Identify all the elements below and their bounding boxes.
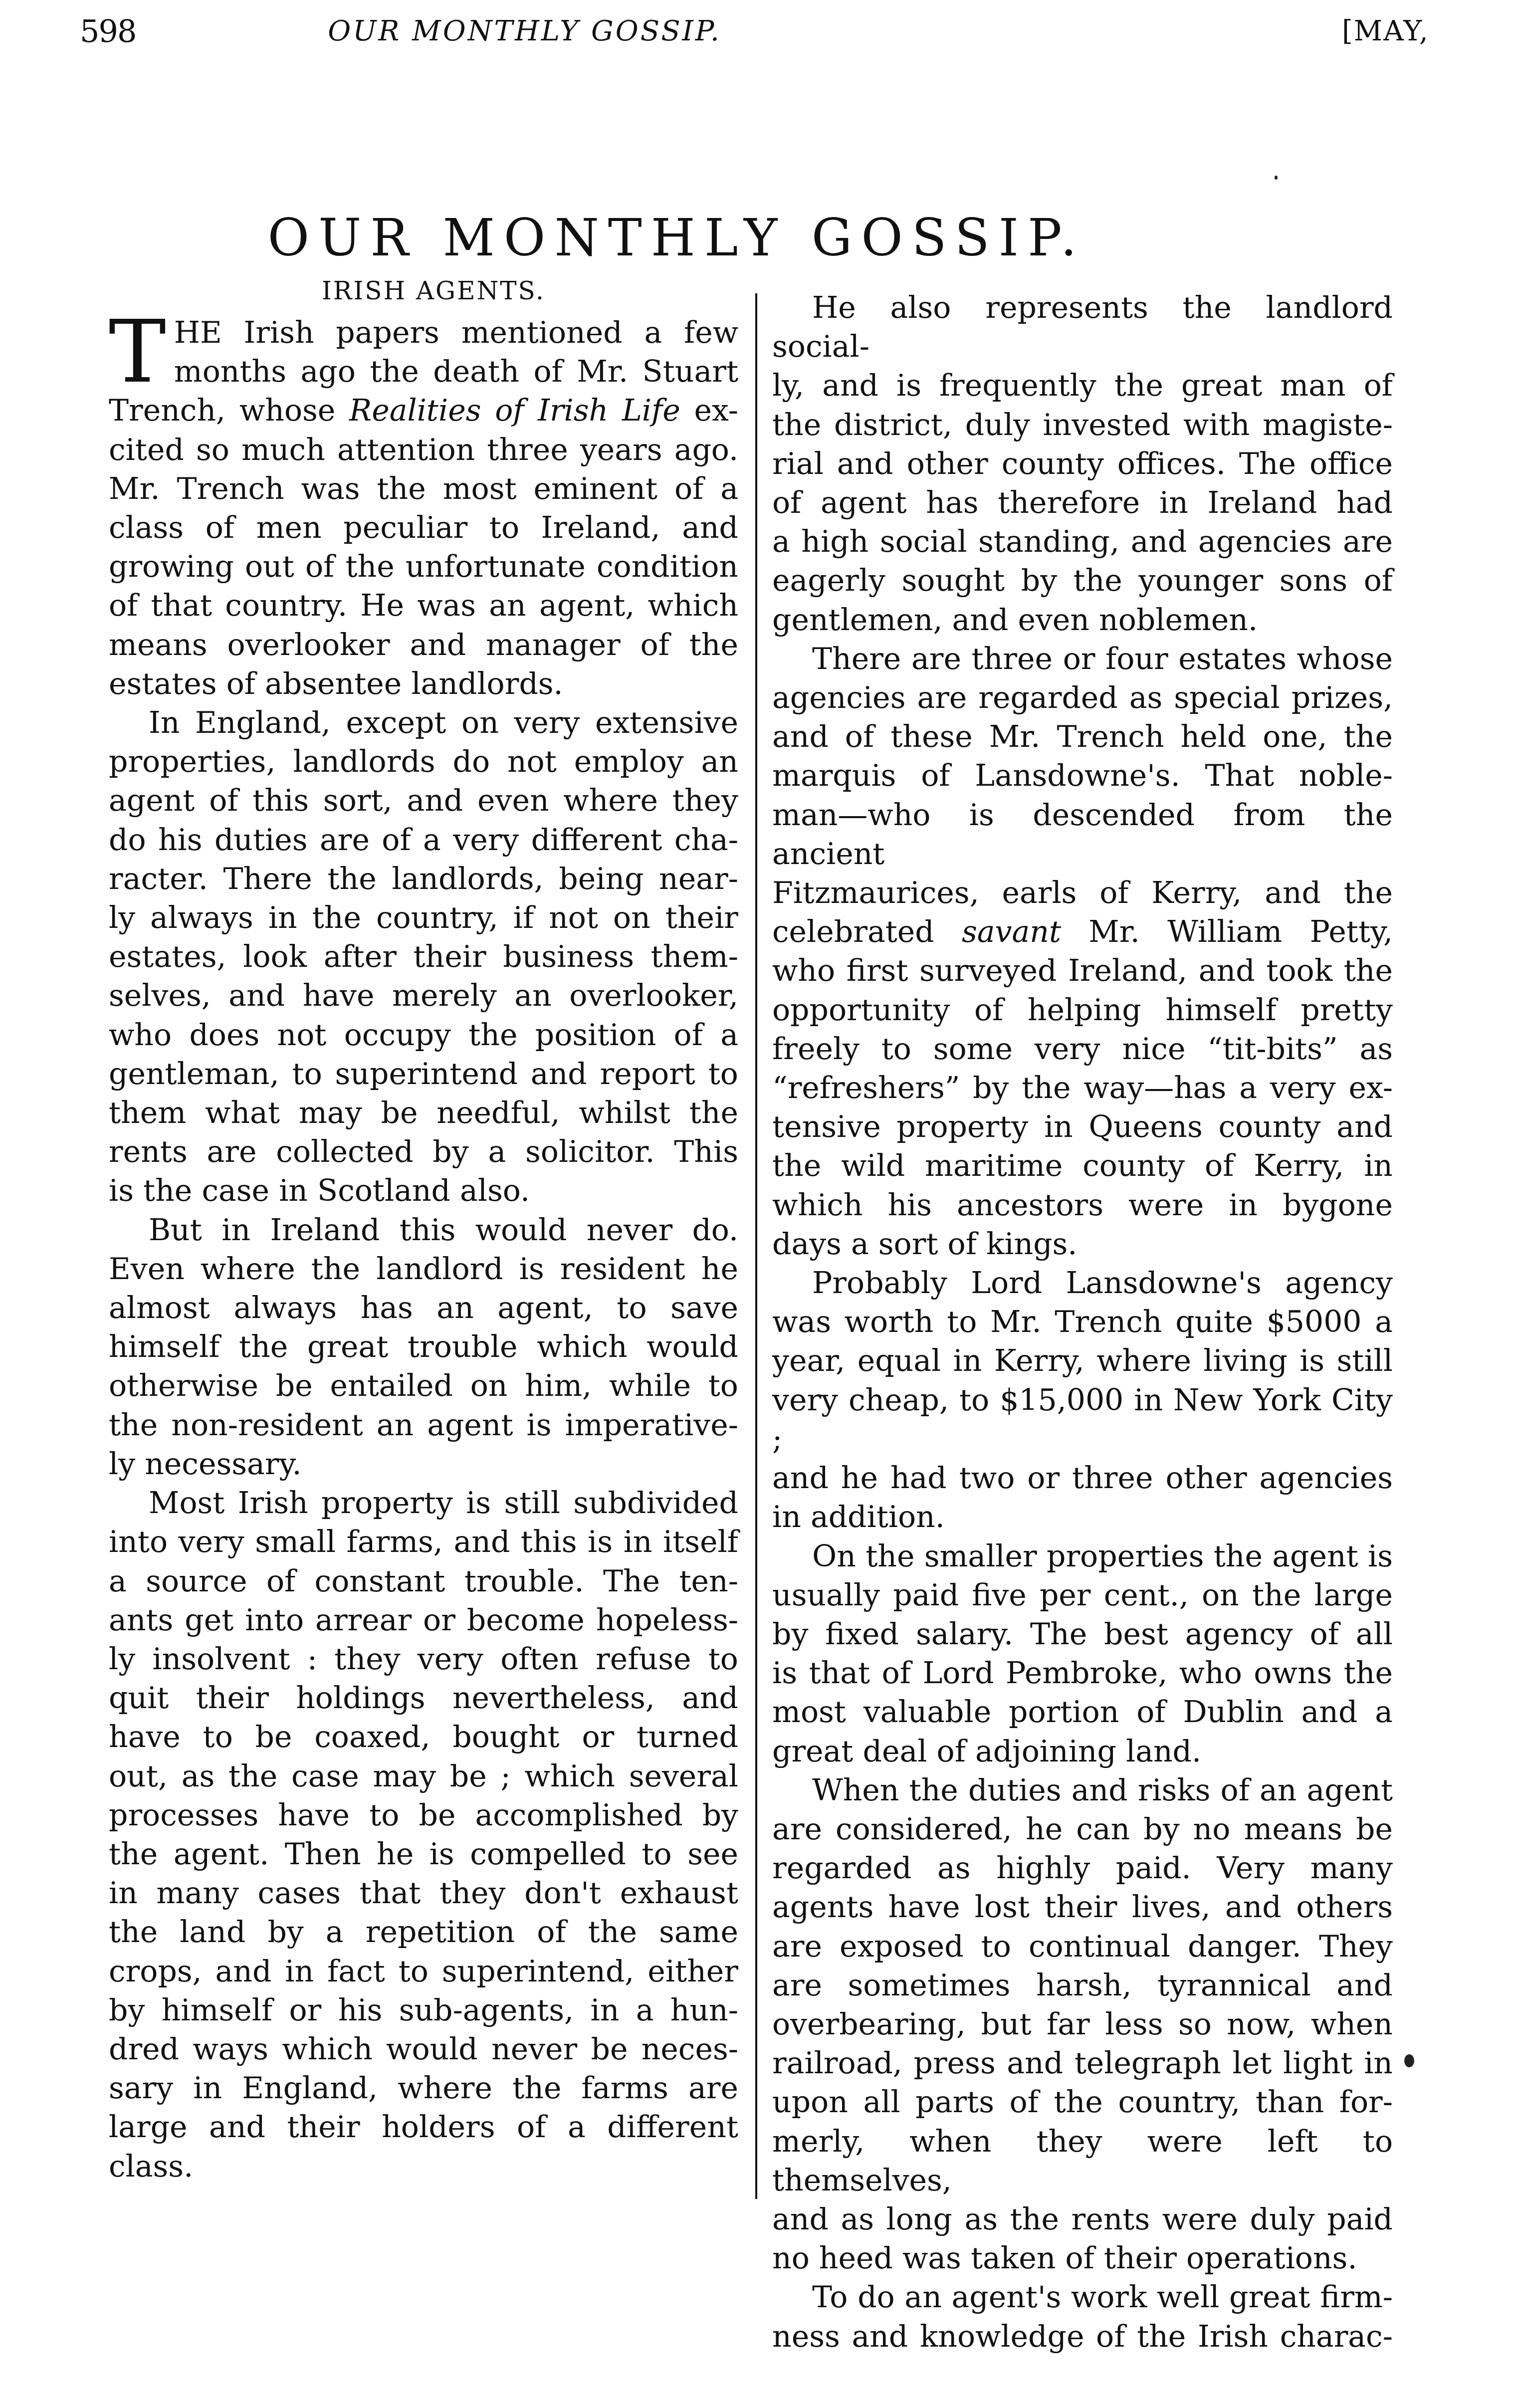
text-line: ly, and is frequently the great man of — [772, 366, 1393, 405]
text-line: in addition. — [772, 1498, 1393, 1536]
text-line: opportunity of helping himself pretty — [772, 991, 1393, 1030]
text-line: selves, and have merely an overlooker, — [109, 976, 738, 1015]
text-line: Fitzmaurices, earls of Kerry, and the — [772, 874, 1393, 912]
text-line: estates, look after their business them- — [109, 937, 738, 976]
text-line: freely to some very nice “tit-bits” as — [772, 1030, 1393, 1069]
text-line: ants get into arrear or become hopeless- — [109, 1601, 738, 1640]
text-line: agent of this sort, and even where they — [109, 781, 738, 820]
text-line: On the smaller properties the agent is — [772, 1537, 1393, 1576]
ink-speck — [1275, 176, 1278, 180]
text-line: Trench, whose Realities of Irish Life ex… — [109, 391, 738, 430]
text-line: is the case in Scotland also. — [109, 1171, 738, 1210]
text-line: overbearing, but far less so now, when — [772, 2005, 1393, 2044]
text-line: do his duties are of a very different ch… — [109, 821, 738, 860]
running-header: 598 OUR MONTHLY GOSSIP. [MAY, — [0, 9, 1518, 54]
paragraph: In England, except on very extensiveprop… — [109, 703, 738, 1211]
text-line: rial and other county offices. The offic… — [772, 444, 1393, 483]
right-column-body: He also represents the landlord social-l… — [772, 288, 1393, 2356]
text-line: merly, when they were left to themselves… — [772, 2122, 1393, 2200]
paragraph: But in Ireland this would never do.Even … — [109, 1211, 738, 1484]
text-line: a source of constant trouble. The ten- — [109, 1562, 738, 1601]
left-column: IRISH AGENTS. THE Irish papers mentioned… — [109, 273, 738, 2186]
text-line: estates of absentee landlords. — [109, 664, 738, 703]
text-line: ly necessary. — [109, 1445, 738, 1484]
text-line: rents are collected by a solicitor. This — [109, 1132, 738, 1171]
text-line: agents have lost their lives, and others — [772, 1888, 1393, 1927]
text-line: Even where the landlord is resident he — [109, 1250, 738, 1289]
paragraph: There are three or four estates whoseage… — [772, 640, 1393, 1264]
article-title: OUR MONTHLY GOSSIP. — [0, 209, 1436, 268]
paragraph: Probably Lord Lansdowne's agencywas wort… — [772, 1264, 1393, 1536]
text-line: railroad, press and telegraph let light … — [772, 2044, 1393, 2083]
drop-cap: T — [109, 316, 166, 387]
text-line: was worth to Mr. Trench quite $5000 a — [772, 1303, 1393, 1341]
text-line: which his ancestors were in bygone — [772, 1186, 1393, 1225]
text-line: usually paid five per cent., on the larg… — [772, 1576, 1393, 1615]
text-line: upon all parts of the country, than for- — [772, 2083, 1393, 2122]
text-line: man—who is descended from the ancient — [772, 796, 1393, 874]
text-line: tensive property in Queens county and — [772, 1107, 1393, 1146]
text-line: year, equal in Kerry, where living is st… — [772, 1341, 1393, 1380]
left-column-body: THE Irish papers mentioned a fewmonths a… — [109, 313, 738, 2186]
text-line: great deal of adjoining land. — [772, 1732, 1393, 1771]
paragraph: To do an agent's work well great firm-ne… — [772, 2278, 1393, 2356]
running-month: [MAY, — [1342, 15, 1429, 47]
text-line: most valuable portion of Dublin and a — [772, 1693, 1393, 1732]
paragraph: THE Irish papers mentioned a fewmonths a… — [109, 313, 738, 703]
text-line: crops, and in fact to superintend, eithe… — [109, 1952, 738, 1991]
text-line: who does not occupy the position of a — [109, 1016, 738, 1055]
text-line: ly insolvent : they very often refuse to — [109, 1640, 738, 1679]
paragraph: When the duties and risks of an agentare… — [772, 1771, 1393, 2278]
text-line: almost always has an agent, to save — [109, 1289, 738, 1327]
text-line: growing out of the unfortunate condition — [109, 547, 738, 586]
text-line: the wild maritime county of Kerry, in — [772, 1146, 1393, 1185]
text-line: means overlooker and manager of the — [109, 626, 738, 664]
italic-title: savant — [962, 914, 1061, 949]
text-line: the agent. Then he is compelled to see — [109, 1835, 738, 1874]
text-line: class. — [109, 2147, 738, 2186]
text-line: But in Ireland this would never do. — [109, 1211, 738, 1250]
text-line: regarded as highly paid. Very many — [772, 1849, 1393, 1888]
text-line: and he had two or three other agencies — [772, 1459, 1393, 1498]
text-line: sary in England, where the farms are — [109, 2069, 738, 2108]
text-line: and of these Mr. Trench held one, the — [772, 717, 1393, 756]
text-line: by fixed salary. The best agency of all — [772, 1615, 1393, 1654]
text-line: HE Irish papers mentioned a few — [109, 313, 738, 352]
text-line: agencies are regarded as special prizes, — [772, 678, 1393, 717]
text-line: are sometimes harsh, tyrannical and — [772, 1966, 1393, 2005]
text-line: months ago the death of Mr. Stuart — [109, 352, 738, 391]
text-line: processes have to be accomplished by — [109, 1796, 738, 1835]
text-line: and as long as the rents were duly paid — [772, 2200, 1393, 2239]
text-line: dred ways which would never be neces- — [109, 2030, 738, 2069]
text-line: the district, duly invested with magiste… — [772, 406, 1393, 444]
text-line: gentleman, to superintend and report to — [109, 1055, 738, 1094]
text-line: He also represents the landlord social- — [772, 288, 1393, 366]
text-line: quit their holdings nevertheless, and — [109, 1679, 738, 1718]
text-line: Most Irish property is still subdivided — [109, 1484, 738, 1523]
text-line: gentlemen, and even noblemen. — [772, 601, 1393, 640]
text-line: are considered, he can by no means be — [772, 1810, 1393, 1849]
running-title: OUR MONTHLY GOSSIP. — [0, 15, 1284, 47]
column-divider — [755, 293, 757, 2199]
ink-blot — [1404, 2054, 1414, 2067]
right-column: He also represents the landlord social-l… — [772, 288, 1393, 2356]
text-line: the land by a repetition of the same — [109, 1913, 738, 1952]
text-line: no heed was taken of their operations. — [772, 2239, 1393, 2278]
text-line: “refreshers” by the way—has a very ex- — [772, 1069, 1393, 1107]
text-line: out, as the case may be ; which several — [109, 1757, 738, 1796]
text-line: by himself or his sub-agents, in a hun- — [109, 1991, 738, 2030]
text-line: in many cases that they don't exhaust — [109, 1874, 738, 1913]
text-line: who first surveyed Ireland, and took the — [772, 951, 1393, 990]
text-line: ly always in the country, if not on thei… — [109, 898, 738, 937]
text-line: celebrated savant Mr. William Petty, — [772, 912, 1393, 951]
text-line: is that of Lord Pembroke, who owns the — [772, 1654, 1393, 1693]
paragraph: Most Irish property is still subdividedi… — [109, 1484, 738, 2186]
text-line: When the duties and risks of an agent — [772, 1771, 1393, 1810]
text-line: class of men peculiar to Ireland, and — [109, 508, 738, 547]
text-line: properties, landlords do not employ an — [109, 742, 738, 781]
text-line: cited so much attention three years ago. — [109, 431, 738, 469]
text-line: of that country. He was an agent, which — [109, 586, 738, 625]
paragraph: On the smaller properties the agent isus… — [772, 1537, 1393, 1771]
text-line: of agent has therefore in Ireland had — [772, 483, 1393, 522]
text-line: very cheap, to $15,000 in New York City … — [772, 1381, 1393, 1459]
text-line: have to be coaxed, bought or turned — [109, 1718, 738, 1756]
text-line: days a sort of kings. — [772, 1225, 1393, 1264]
section-heading: IRISH AGENTS. — [109, 273, 738, 308]
text-line: eagerly sought by the younger sons of — [772, 561, 1393, 600]
text-line: There are three or four estates whose — [772, 640, 1393, 678]
paragraph: He also represents the landlord social-l… — [772, 288, 1393, 640]
text-line: large and their holders of a different — [109, 2108, 738, 2147]
italic-title: Realities of Irish Life — [349, 393, 680, 428]
text-line: himself the great trouble which would — [109, 1327, 738, 1366]
text-line: the non-resident an agent is imperative- — [109, 1406, 738, 1445]
text-line: a high social standing, and agencies are — [772, 522, 1393, 561]
text-line: them what may be needful, whilst the — [109, 1094, 738, 1132]
text-line: racter. There the landlords, being near- — [109, 860, 738, 898]
text-line: Mr. Trench was the most eminent of a — [109, 469, 738, 508]
text-line: In England, except on very extensive — [109, 703, 738, 742]
text-line: ness and knowledge of the Irish charac- — [772, 2317, 1393, 2356]
text-line: marquis of Lansdowne's. That noble- — [772, 756, 1393, 795]
text-line: To do an agent's work well great firm- — [772, 2278, 1393, 2317]
text-line: are exposed to continual danger. They — [772, 1927, 1393, 1966]
text-line: Probably Lord Lansdowne's agency — [772, 1264, 1393, 1303]
text-line: into very small farms, and this is in it… — [109, 1523, 738, 1561]
text-line: otherwise be entailed on him, while to — [109, 1366, 738, 1405]
